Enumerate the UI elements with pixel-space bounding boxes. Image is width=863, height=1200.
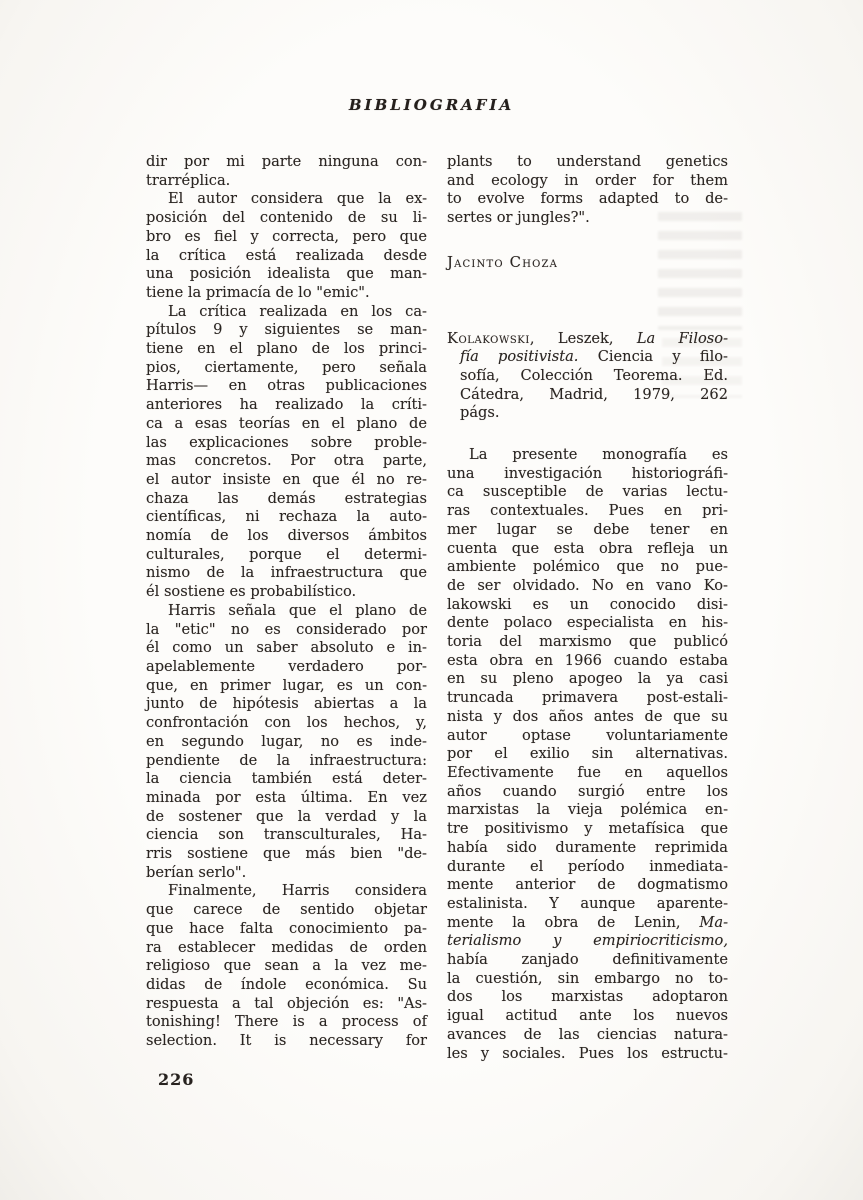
text-line: pítulos 9 y siguientes se man- [146,321,427,340]
text-line: nismo de la infraestructura que [146,564,427,583]
text-line: por el exilio sin alternativas. [447,745,728,764]
text-line: culturales, porque el determi- [146,546,427,565]
text-line: toria del marxismo que publicó [447,633,728,652]
text-line: la ciencia también está deter- [146,770,427,789]
text-line: de sostener que la verdad y la [146,808,427,827]
text-line: La presente monografía es [447,446,728,465]
right-text-column: plants to understand geneticsand ecology… [447,153,728,1063]
text-line: cuenta que esta obra refleja un [447,540,728,559]
text-line: truncada primavera post-estali- [447,689,728,708]
left-text-column: dir por mi parte ninguna con-trarréplica… [146,153,427,1051]
text-line: la crítica está realizada desde [146,247,427,266]
paragraph: El autor considera que la ex-posición de… [146,190,427,302]
text-line: mas concretos. Por otra parte, [146,452,427,471]
text-line: mente anterior de dogmatismo [447,876,728,895]
text-line: minada por esta última. En vez [146,789,427,808]
text-line: él como un saber absoluto e in- [146,639,427,658]
text-line: ca a esas teorías en el plano de [146,415,427,434]
text-line: tiene la primacía de lo "emic". [146,284,427,303]
text-line: había zanjado definitivamente [447,951,728,970]
text-line: Harris señala que el plano de [146,602,427,621]
paragraph: Harris señala que el plano dela "etic" n… [146,602,427,883]
text-line: que hace falta conocimiento pa- [146,920,427,939]
text-segment: Ciencia y filo- [578,348,728,365]
text-line: esta obra en 1966 cuando estaba [447,652,728,671]
text-line: apelablemente verdadero por- [146,658,427,677]
text-line: plants to understand genetics [447,153,728,172]
book-citation: Kolakowski, Leszek, La Filoso-fía positi… [447,330,728,424]
text-line: tiene en el plano de los princi- [146,340,427,359]
text-line: en segundo lugar, no es inde- [146,733,427,752]
text-segment: , Leszek, [530,330,637,347]
page-number: 226 [158,1070,194,1089]
text-line: años cuando surgió entre los [447,783,728,802]
text-line: pios, ciertamente, pero señala [146,359,427,378]
text-line: en su pleno apogeo la ya casi [447,670,728,689]
text-line: Harris— en otras publicaciones [146,377,427,396]
text-line: dir por mi parte ninguna con- [146,153,427,172]
text-line: ambiente polémico que no pue- [447,558,728,577]
text-line: una posición idealista que man- [146,265,427,284]
text-line: respuesta a tal objeción es: "As- [146,995,427,1014]
text-line: mer lugar se debe tener en [447,521,728,540]
text-line: La crítica realizada en los ca- [146,303,427,322]
text-line: había sido duramente reprimida [447,839,728,858]
text-line: que, en primer lugar, es un con- [146,677,427,696]
text-line: sofía, Colección Teorema. Ed. [447,367,728,386]
text-line: una investigación historiográfi- [447,465,728,484]
text-line: lakowski es un conocido disi- [447,596,728,615]
scanned-journal-page: BIBLIOGRAFIA dir por mi parte ninguna co… [0,0,863,1200]
text-line: rris sostiene que más bien "de- [146,845,427,864]
text-line: Cátedra, Madrid, 1979, 262 [447,386,728,405]
text-segment: fía positivista. [460,348,578,365]
text-line: durante el período inmediata- [447,858,728,877]
text-segment: Kolakowski [447,330,530,347]
text-line: les y sociales. Pues los estructu- [447,1045,728,1064]
text-line: Kolakowski, Leszek, La Filoso- [447,330,728,349]
text-line: fía positivista. Ciencia y filo- [447,348,728,367]
text-line: junto de hipótesis abiertas a la [146,695,427,714]
text-line: terialismo y empiriocriticismo, [447,932,728,951]
text-line: marxistas la vieja polémica en- [447,801,728,820]
text-line: chaza las demás estrategias [146,490,427,509]
text-line: ciencia son transculturales, Ha- [146,826,427,845]
text-line: religioso que sean a la vez me- [146,957,427,976]
paragraph: Finalmente, Harris consideraque carece d… [146,882,427,1050]
text-line: págs. [447,404,728,423]
text-line: anteriores ha realizado la críti- [146,396,427,415]
text-line: didas de índole económica. Su [146,976,427,995]
text-line: ras contextuales. Pues en pri- [447,502,728,521]
text-line: dos los marxistas adoptaron [447,988,728,1007]
text-line: mente la obra de Lenin, Ma- [447,914,728,933]
text-line: to evolve forms adapted to de- [447,190,728,209]
text-line: ra establecer medidas de orden [146,939,427,958]
section-header: BIBLIOGRAFIA [0,96,863,114]
text-line: posición del contenido de su li- [146,209,427,228]
paragraph: plants to understand geneticsand ecology… [447,153,728,228]
text-line: Finalmente, Harris considera [146,882,427,901]
text-segment: terialismo y empiriocriticismo, [447,932,728,949]
text-line: Efectivamente fue en aquellos [447,764,728,783]
text-line: ca susceptible de varias lectu- [447,483,728,502]
text-line: él sostiene es probabilístico. [146,583,427,602]
text-line: la "etic" no es considerado por [146,621,427,640]
text-line: tre positivismo y metafísica que [447,820,728,839]
text-line: la cuestión, sin embargo no to- [447,970,728,989]
text-line: nomía de los diversos ámbitos [146,527,427,546]
text-line: el autor insiste en que él no re- [146,471,427,490]
text-line: de ser olvidado. No en vano Ko- [447,577,728,596]
text-line: confrontación con los hechos, y, [146,714,427,733]
text-segment: La Filoso- [637,330,728,347]
text-line: estalinista. Y aunque aparente- [447,895,728,914]
text-line: sertes or jungles?". [447,209,728,228]
text-line: dente polaco especialista en his- [447,614,728,633]
text-line: selection. It is necessary for [146,1032,427,1051]
text-line: autor optase voluntariamente [447,727,728,746]
text-line: berían serlo". [146,864,427,883]
text-line: avances de las ciencias natura- [447,1026,728,1045]
text-line: pendiente de la infraestructura: [146,752,427,771]
text-line: trarréplica. [146,172,427,191]
text-line: científicas, ni rechaza la auto- [146,508,427,527]
text-line: nista y dos años antes de que su [447,708,728,727]
text-line: El autor considera que la ex- [146,190,427,209]
reviewer-signature: Jacinto Choza [447,254,728,273]
text-line: bro es fiel y correcta, pero que [146,228,427,247]
paragraph: La presente monografía esuna investigaci… [447,446,728,1063]
text-segment: mente la obra de Lenin, [447,914,699,931]
paragraph: dir por mi parte ninguna con-trarréplica… [146,153,427,190]
text-line: tonishing! There is a process of [146,1013,427,1032]
text-line: igual actitud ante los nuevos [447,1007,728,1026]
text-line: las explicaciones sobre proble- [146,434,427,453]
paragraph: La crítica realizada en los ca-pítulos 9… [146,303,427,602]
text-line: que carece de sentido objetar [146,901,427,920]
text-line: and ecology in order for them [447,172,728,191]
text-segment: Ma- [699,914,728,931]
